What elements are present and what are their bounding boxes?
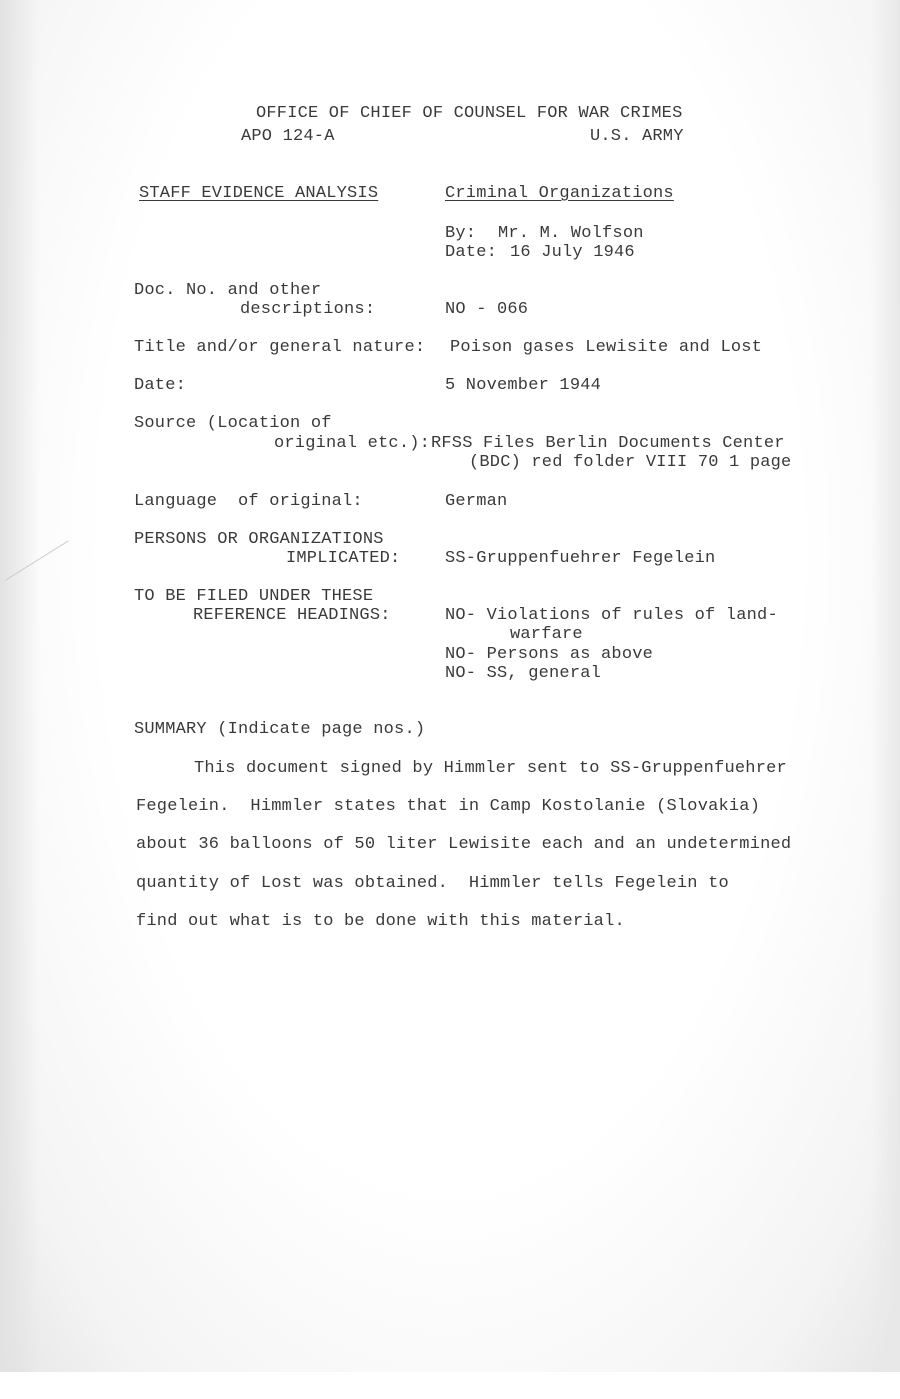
doc-no-value: NO - 066 bbox=[445, 300, 528, 319]
analysis-date: 16 July 1946 bbox=[510, 243, 635, 262]
analysis-title: STAFF EVIDENCE ANALYSIS bbox=[139, 184, 378, 203]
army-label: U.S. ARMY bbox=[590, 127, 684, 146]
source-label-cont: original etc.): bbox=[274, 434, 430, 453]
language-value: German bbox=[445, 492, 507, 511]
apo-number: APO 124-A bbox=[241, 127, 335, 146]
headings-label-cont: REFERENCE HEADINGS: bbox=[193, 606, 391, 625]
document-date-label: Date: bbox=[134, 376, 186, 395]
summary-line: about 36 balloons of 50 liter Lewisite e… bbox=[136, 835, 791, 854]
heading-item: NO- SS, general bbox=[445, 664, 601, 683]
summary-heading: SUMMARY (Indicate page nos.) bbox=[134, 720, 425, 739]
persons-value: SS-Gruppenfuehrer Fegelein bbox=[445, 549, 715, 568]
analyst-label: By: bbox=[445, 224, 476, 243]
summary-line: find out what is to be done with this ma… bbox=[136, 912, 625, 931]
office-heading: OFFICE OF CHIEF OF COUNSEL FOR WAR CRIME… bbox=[256, 104, 682, 123]
heading-item-cont: warfare bbox=[510, 625, 583, 644]
title-label: Title and/or general nature: bbox=[134, 338, 425, 357]
paper-shadow-left bbox=[0, 0, 40, 1372]
title-value: Poison gases Lewisite and Lost bbox=[450, 338, 762, 357]
summary-line: Fegelein. Himmler states that in Camp Ko… bbox=[136, 797, 760, 816]
paper-shadow-right bbox=[870, 0, 900, 1372]
analysis-category: Criminal Organizations bbox=[445, 184, 674, 203]
document-date: 5 November 1944 bbox=[445, 376, 601, 395]
heading-item: NO- Violations of rules of land- bbox=[445, 606, 778, 625]
doc-no-label: Doc. No. and other bbox=[134, 281, 321, 300]
persons-label: PERSONS OR ORGANIZATIONS bbox=[134, 530, 384, 549]
summary-line: This document signed by Himmler sent to … bbox=[194, 759, 787, 778]
paper-sheet bbox=[0, 0, 900, 1372]
source-value-cont: (BDC) red folder VIII 70 1 page bbox=[469, 453, 791, 472]
analyst-name: Mr. M. Wolfson bbox=[498, 224, 644, 243]
summary-line: quantity of Lost was obtained. Himmler t… bbox=[136, 874, 729, 893]
doc-no-label-cont: descriptions: bbox=[240, 300, 375, 319]
heading-item: NO- Persons as above bbox=[445, 645, 653, 664]
headings-label: TO BE FILED UNDER THESE bbox=[134, 587, 373, 606]
persons-label-cont: IMPLICATED: bbox=[286, 549, 400, 568]
source-value: RFSS Files Berlin Documents Center bbox=[431, 434, 785, 453]
analysis-date-label: Date: bbox=[445, 243, 497, 262]
source-label: Source (Location of bbox=[134, 414, 332, 433]
language-label: Language of original: bbox=[134, 492, 363, 511]
torn-bottom-edge bbox=[0, 1369, 900, 1399]
